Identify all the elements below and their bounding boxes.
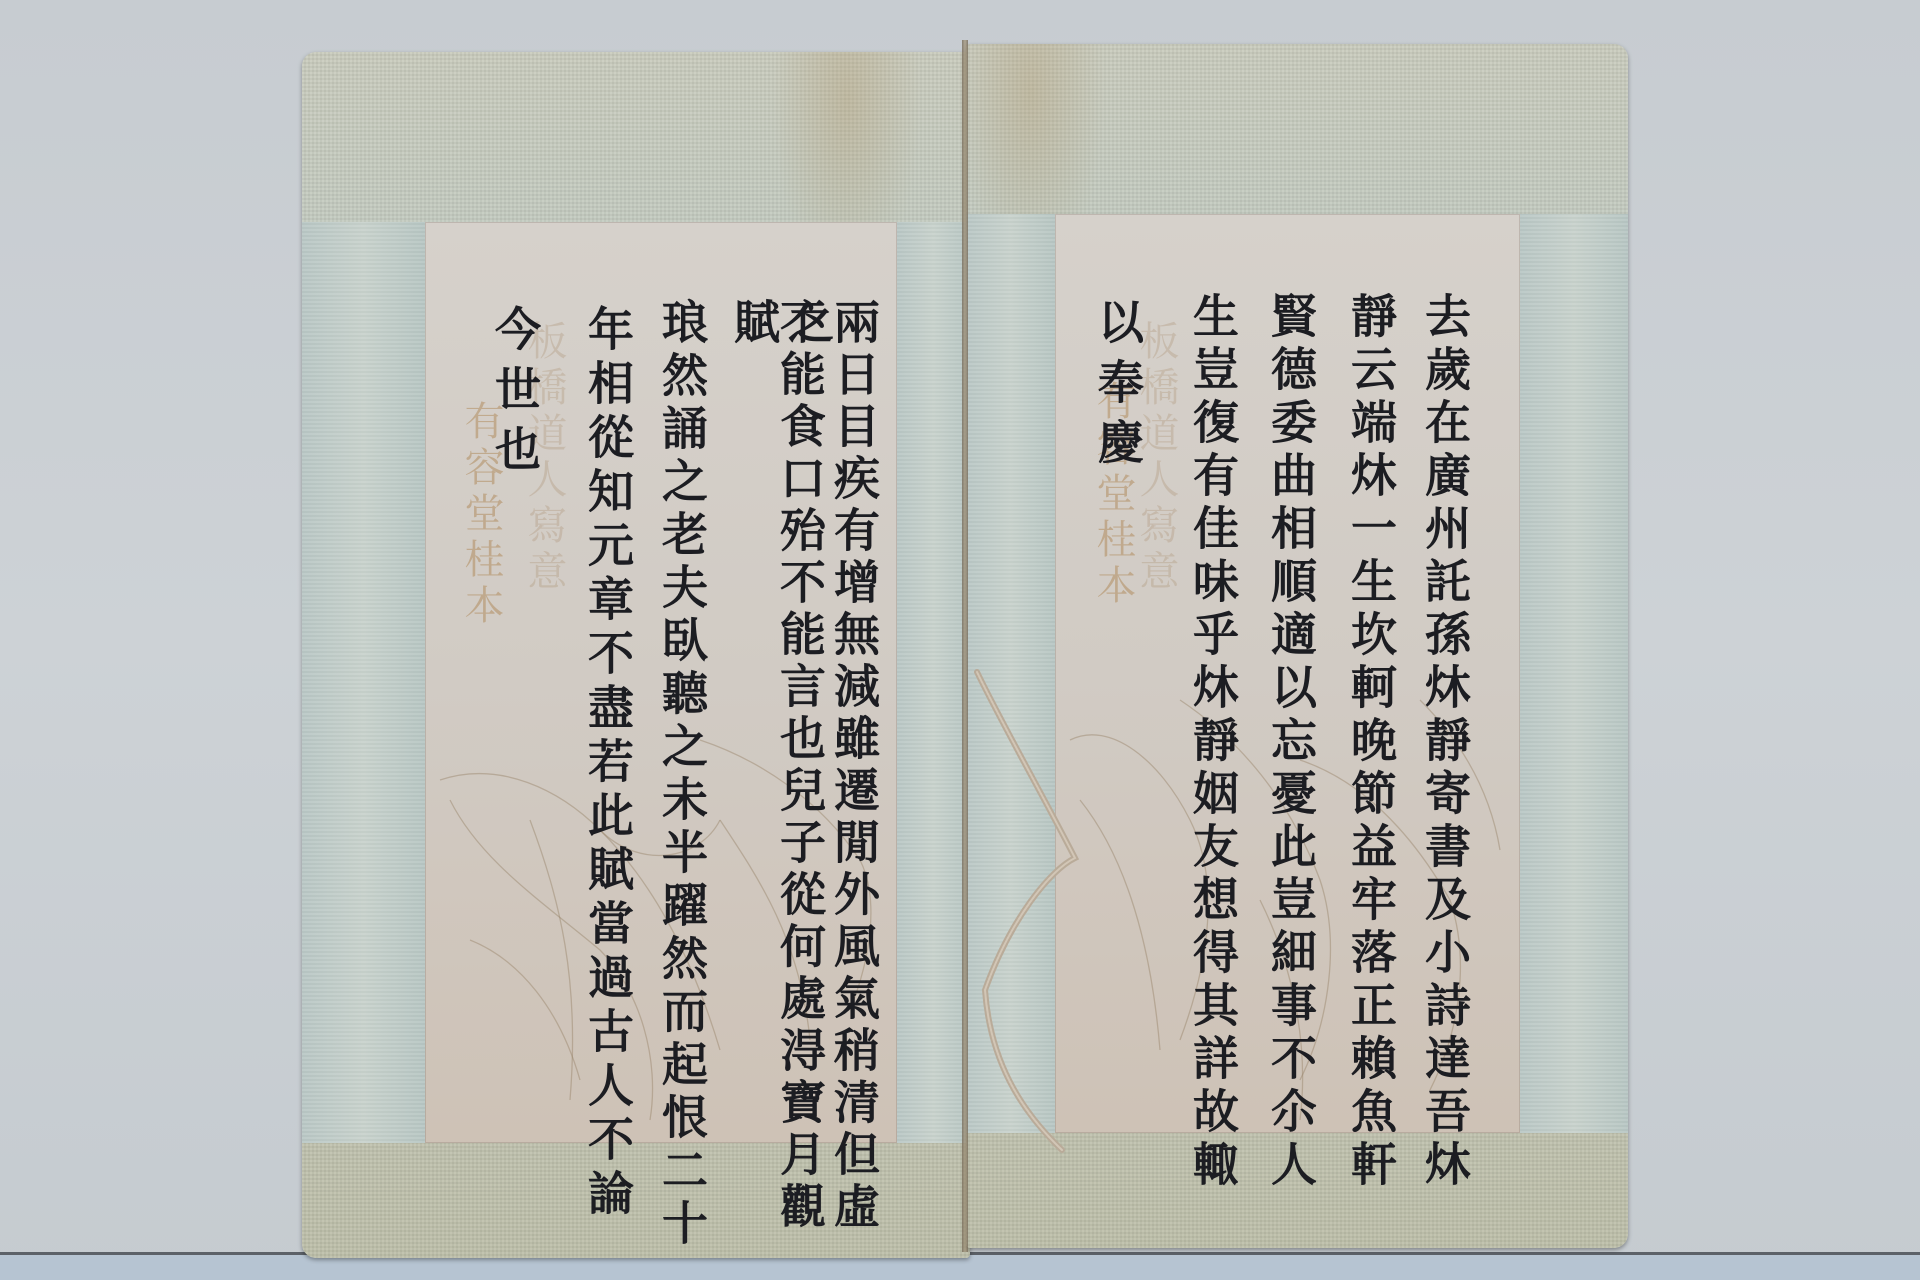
- right-column-4: 生豈復有佳味乎炑靜姻友想得其詳故輙: [1190, 292, 1236, 1193]
- right-column-3: 賢德委曲相順適以忘憂此豈細事不尒人: [1268, 292, 1314, 1193]
- right-column-1: 去歲在廣州託孫炑靜寄書及小詩達吾炑: [1422, 292, 1468, 1193]
- left-column-3: 琅然誦之老夫臥聽之未半躍然而起恨二十: [659, 298, 705, 1252]
- left-column-5: 今世也: [492, 305, 538, 485]
- right-inner-silk-border-right: [1520, 214, 1628, 1133]
- left-column-4: 年相從知元章不盡若此賦當過古人不論: [585, 305, 631, 1223]
- left-column-2: 不能食口殆不能言也兒子從何處淂寶月觀賦: [731, 298, 823, 1280]
- album-spine-fold: [962, 40, 968, 1252]
- right-column-2: 靜云端炑一生坎軻晚節益牢落正賴魚軒: [1348, 292, 1394, 1193]
- right-column-5: 以奉慶: [1095, 298, 1141, 478]
- right-inner-silk-border-left: [966, 214, 1055, 1133]
- left-inner-silk-border-right: [897, 222, 970, 1143]
- left-inner-silk-border-left: [302, 222, 425, 1143]
